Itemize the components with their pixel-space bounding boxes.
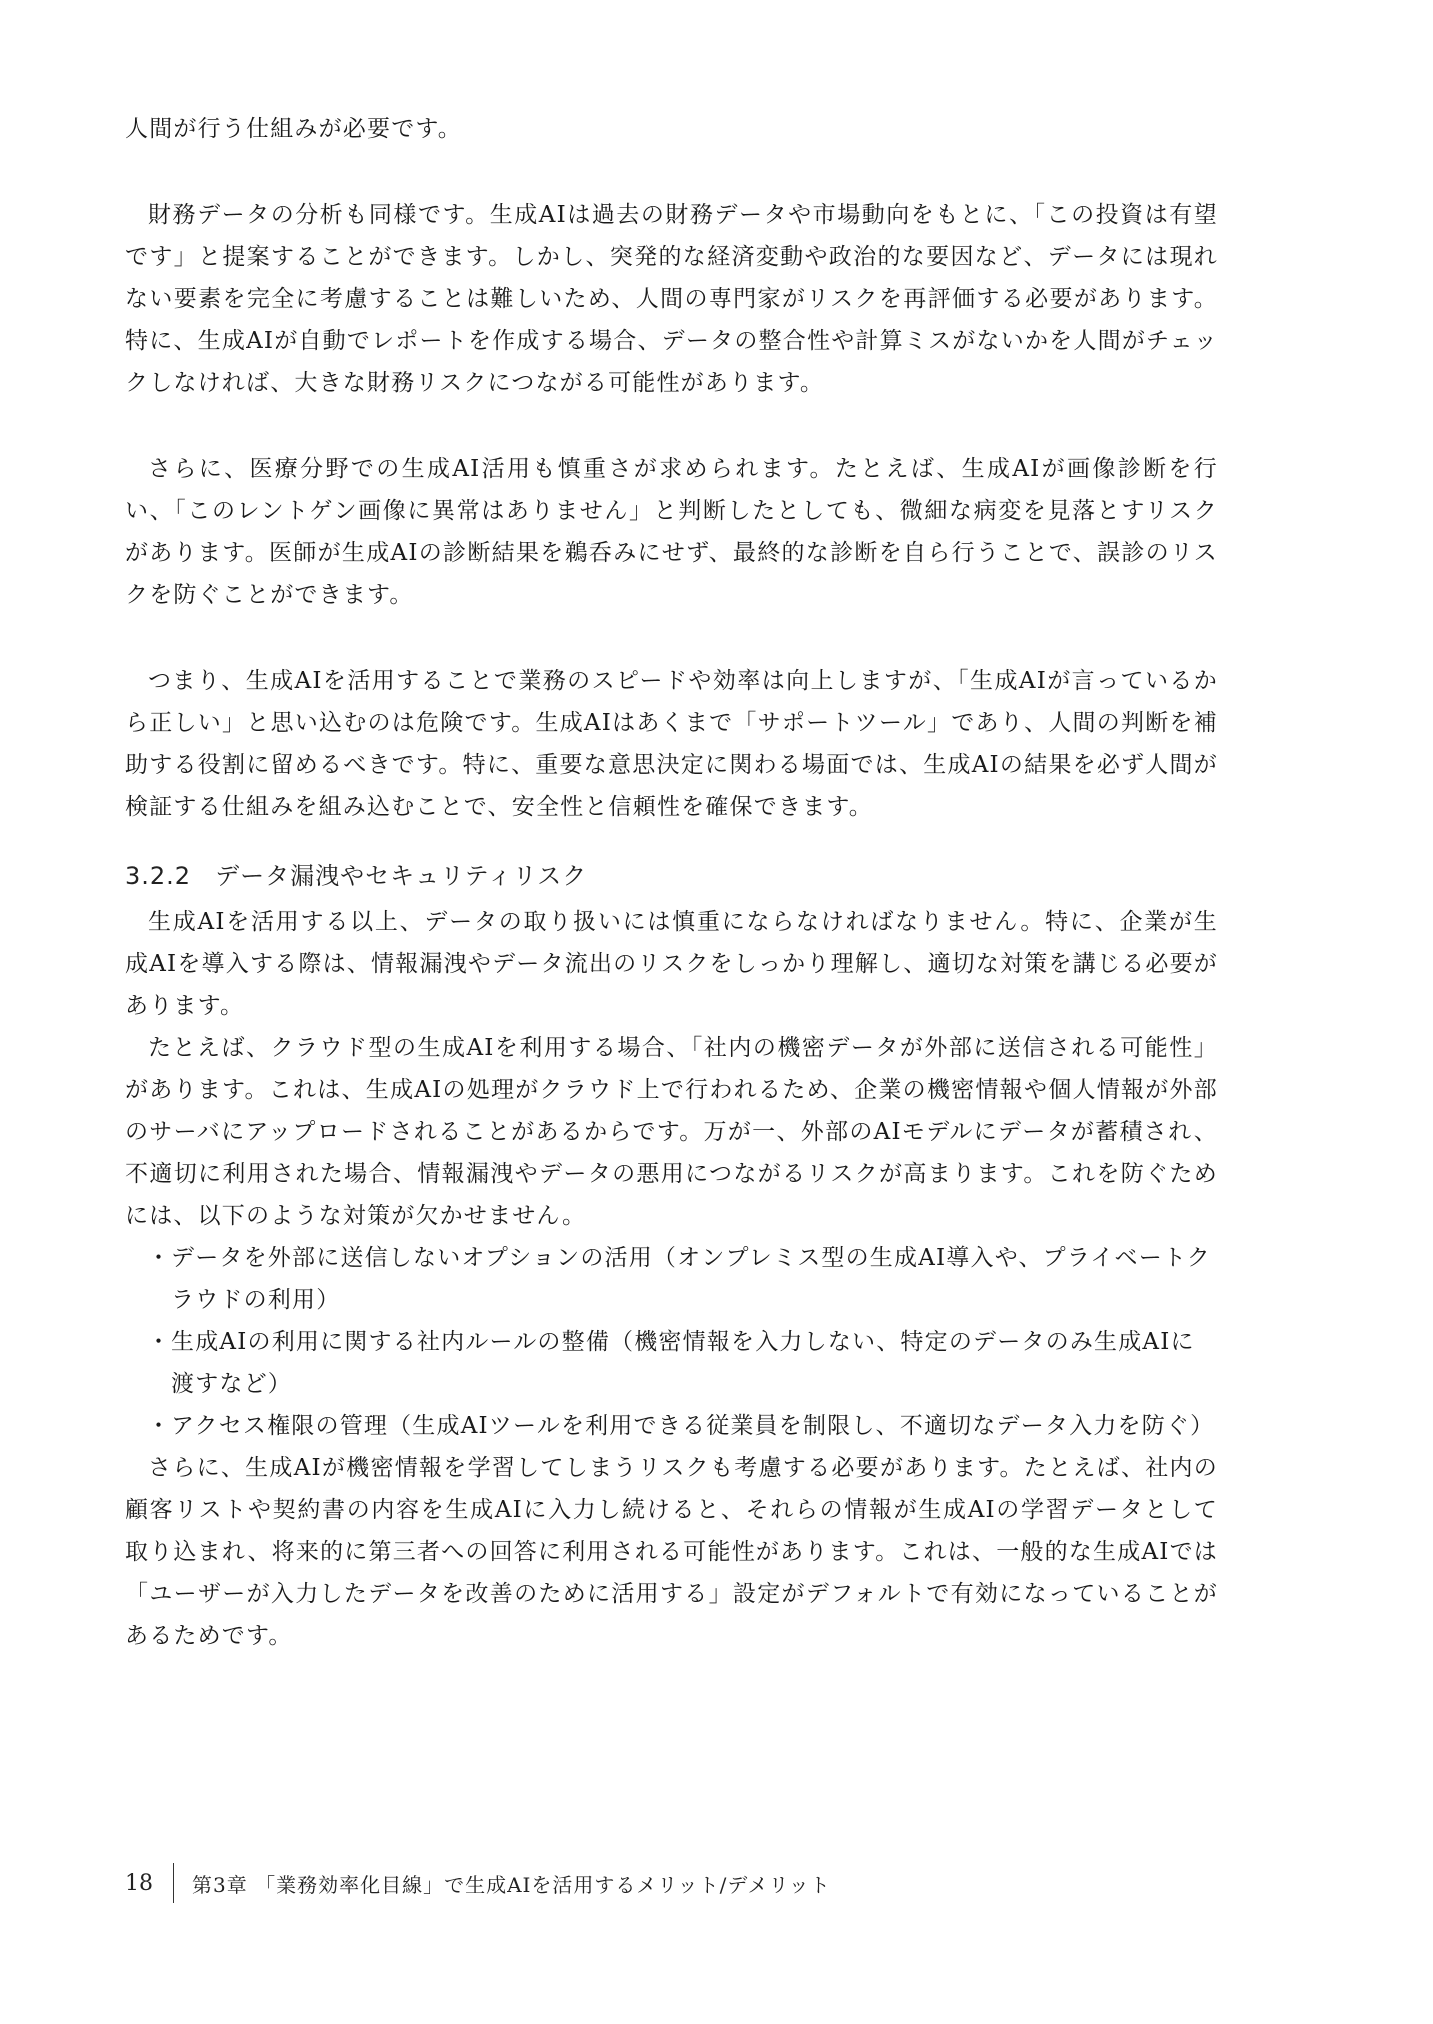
- list-item-text: データを外部に送信しないオプションの活用（オンプレミス型の生成AI導入や、プライ…: [171, 1245, 1211, 1313]
- page-body: 人間が行う仕組みが必要です。 財務データの分析も同様です。生成AIは過去の財務デ…: [125, 108, 1218, 1657]
- footer-divider: [173, 1863, 174, 1903]
- bullet-icon: ・: [147, 1237, 171, 1279]
- section-heading: 3.2.2データ漏洩やセキュリティリスク: [125, 855, 1218, 897]
- list-item: ・データを外部に送信しないオプションの活用（オンプレミス型の生成AI導入や、プラ…: [123, 1237, 1218, 1321]
- page-footer: 18 第3章 「業務効率化目線」で生成AIを活用するメリット/デメリット: [125, 1863, 831, 1903]
- page-number: 18: [125, 1871, 163, 1896]
- paragraph-conclusion: つまり、生成AIを活用することで業務のスピードや効率は向上しますが、「生成AIが…: [125, 660, 1218, 828]
- running-header-chapter: 第3章 「業務効率化目線」で生成AIを活用するメリット/デメリット: [192, 1869, 831, 1898]
- paragraph-learning-risk: さらに、生成AIが機密情報を学習してしまうリスクも考慮する必要があります。たとえ…: [125, 1447, 1218, 1657]
- list-item-text: アクセス権限の管理（生成AIツールを利用できる従業員を制限し、不適切なデータ入力…: [171, 1413, 1214, 1439]
- paragraph-medical-field: さらに、医療分野での生成AI活用も慎重さが求められます。たとえば、生成AIが画像…: [125, 448, 1218, 616]
- countermeasure-list: ・データを外部に送信しないオプションの活用（オンプレミス型の生成AI導入や、プラ…: [125, 1237, 1218, 1447]
- section-number: 3.2.2: [125, 862, 191, 890]
- list-item: ・生成AIの利用に関する社内ルールの整備（機密情報を入力しない、特定のデータのみ…: [123, 1321, 1218, 1405]
- list-item: ・アクセス権限の管理（生成AIツールを利用できる従業員を制限し、不適切なデータ入…: [123, 1405, 1218, 1447]
- paragraph-cloud-risk: たとえば、クラウド型の生成AIを利用する場合、「社内の機密データが外部に送信され…: [125, 1027, 1218, 1237]
- paragraph-continuation: 人間が行う仕組みが必要です。: [125, 108, 1218, 150]
- bullet-icon: ・: [147, 1321, 171, 1363]
- paragraph-financial-analysis: 財務データの分析も同様です。生成AIは過去の財務データや市場動向をもとに、「この…: [125, 194, 1218, 404]
- section-title: データ漏洩やセキュリティリスク: [215, 862, 587, 890]
- bullet-icon: ・: [147, 1405, 171, 1447]
- paragraph-data-handling: 生成AIを活用する以上、データの取り扱いには慎重にならなければなりません。特に、…: [125, 901, 1218, 1027]
- list-item-text: 生成AIの利用に関する社内ルールの整備（機密情報を入力しない、特定のデータのみ生…: [171, 1329, 1195, 1397]
